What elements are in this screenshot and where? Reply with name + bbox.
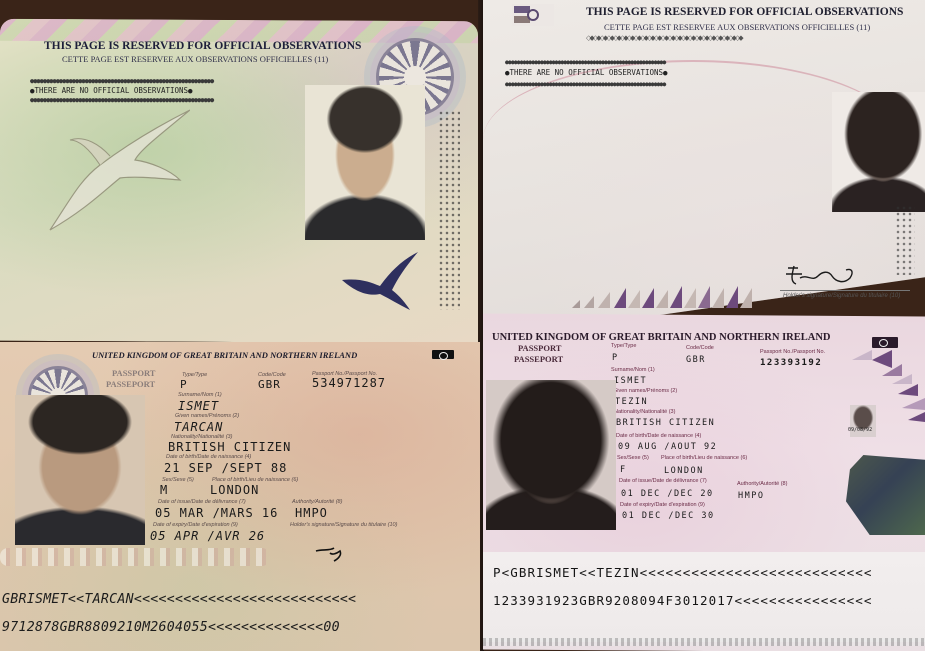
left-signature-label: Holder's signature/Signature du titulair… <box>290 522 397 528</box>
right-mrz-line-2: 1233931923GBR9208094F3012017<<<<<<<<<<<<… <box>493 593 873 608</box>
seabird-icon <box>40 90 190 240</box>
right-given-names-label: Given names/Prénoms (2) <box>613 388 677 394</box>
laser-perforated-number <box>438 110 460 310</box>
left-given-names-label: Given names/Prénoms (2) <box>175 413 239 419</box>
left-mrz-line-2: 9712878GBR8809210M2604055<<<<<<<<<<<<<<0… <box>2 620 340 635</box>
guilloche-pattern <box>0 548 270 566</box>
left-surname-label: Surname/Nom (1) <box>178 392 222 398</box>
right-type-label: Type/Type <box>611 343 636 349</box>
left-dob-label: Date of birth/Date de naissance (4) <box>166 454 251 460</box>
right-expiry-label: Date of expiry/Date d'expiration (9) <box>620 502 705 508</box>
triangle-pattern-column <box>852 350 925 425</box>
right-holder-signature <box>782 262 862 290</box>
right-dob-value: 09 AUG /AOUT 92 <box>618 442 717 452</box>
left-mrz-line-1: GBRISMET<<TARCAN<<<<<<<<<<<<<<<<<<<<<<<<… <box>2 592 356 607</box>
signature-line <box>780 290 910 291</box>
ghost-holder-photo <box>305 85 425 240</box>
left-given-names-value: TARCAN <box>174 420 223 434</box>
left-authority-value: HMPO <box>295 506 328 520</box>
right-nationality-label: Nationality/Nationalité (3) <box>614 409 675 415</box>
right-sex-value: F <box>620 465 627 475</box>
left-obs-dots-top: ●●●●●●●●●●●●●●●●●●●●●●●●●●●●●●●●●●●●●●●●… <box>30 77 288 85</box>
left-holder-photo <box>15 395 145 545</box>
right-signature-label: Holder's signature/Signature du titulair… <box>783 293 900 299</box>
left-authority-label: Authority/Autorité (8) <box>292 499 342 505</box>
left-country-banner: UNITED KINGDOM OF GREAT BRITAIN AND NORT… <box>92 350 357 360</box>
right-passport-no-label: Passport No./Passport No. <box>760 349 825 355</box>
left-pob-value: LONDON <box>210 483 259 497</box>
right-sex-label: Sex/Sexe (5) <box>617 455 649 461</box>
biometric-chip-icon <box>432 350 454 359</box>
right-pob-label: Place of birth/Lieu de naissance (6) <box>661 455 747 461</box>
left-dob-value: 21 SEP /SEPT 88 <box>164 461 287 475</box>
triangle-pattern-row <box>568 284 768 310</box>
right-country-banner: UNITED KINGDOM OF GREAT BRITAIN AND NORT… <box>492 332 831 343</box>
left-sex-value: M <box>160 483 168 497</box>
left-doc-label-fr: PASSEPORT <box>106 379 155 389</box>
diamond-border-row: ◇◆◇◆◇◆◇◆◇◆◇◆◇◆◇◆◇◆◇◆◇◆◇◆◇◆◇◆◇◆◇◆◇◆◇◆◇◆◇◆… <box>586 34 891 42</box>
left-obs-title: THIS PAGE IS RESERVED FOR OFFICIAL OBSER… <box>44 40 361 52</box>
right-obs-subtitle: CETTE PAGE EST RESERVEE AUX OBSERVATIONS… <box>604 22 870 32</box>
right-mrz-line-1: P<GBRISMET<<TEZIN<<<<<<<<<<<<<<<<<<<<<<<… <box>493 565 873 580</box>
left-surname-value: ISMET <box>178 399 219 413</box>
right-holder-photo <box>486 380 616 530</box>
page-logo-icon <box>512 4 554 26</box>
right-obs-dots-bottom: ●●●●●●●●●●●●●●●●●●●●●●●●●●●●●●●●●●●●●●●●… <box>505 80 777 88</box>
biometric-chip-icon <box>872 337 898 348</box>
right-dob-label: Date of birth/Date de naissance (4) <box>616 433 701 439</box>
right-pob-value: LONDON <box>664 466 704 476</box>
right-type-value: P <box>612 353 619 363</box>
right-passport-no-value: 123393192 <box>760 358 822 368</box>
right-doc-label-fr: PASSEPORT <box>514 354 563 364</box>
laser-perforated-number <box>895 205 915 275</box>
right-code-label: Code/Code <box>686 345 714 351</box>
right-given-names-value: TEZIN <box>615 397 648 407</box>
right-expiry-value: 01 DEC /DEC 30 <box>622 511 715 521</box>
left-holder-signature <box>312 543 352 563</box>
right-obs-title: THIS PAGE IS RESERVED FOR OFFICIAL OBSER… <box>586 6 903 18</box>
right-obs-dots-top: ●●●●●●●●●●●●●●●●●●●●●●●●●●●●●●●●●●●●●●●●… <box>505 58 777 66</box>
right-obs-text: ●THERE ARE NO OFFICIAL OBSERVATIONS● <box>505 68 668 77</box>
left-doc-label-en: PASSPORT <box>112 368 155 378</box>
right-code-value: GBR <box>686 355 706 365</box>
left-passport-no-value: 534971287 <box>312 376 386 390</box>
right-surname-label: Surname/Nom (1) <box>611 367 655 373</box>
left-nationality-value: BRITISH CITIZEN <box>168 440 291 454</box>
left-type-value: P <box>180 378 188 391</box>
right-nationality-value: BRITISH CITIZEN <box>616 418 715 428</box>
secondary-photo-date: 09/08/92 <box>848 427 872 433</box>
right-issue-label: Date of issue/Date de délivrance (7) <box>619 478 707 484</box>
left-expiry-value: 05 APR /AVR 26 <box>150 529 265 543</box>
right-authority-value: HMPO <box>738 491 764 501</box>
left-issue-value: 05 MAR /MARS 16 <box>155 506 278 520</box>
right-authority-label: Authority/Autorité (8) <box>737 481 787 487</box>
left-expiry-label: Date of expiry/Date d'expiration (9) <box>153 522 238 528</box>
left-issue-label: Date of issue/Date de délivrance (7) <box>158 499 246 505</box>
left-obs-subtitle: CETTE PAGE EST RESERVEE AUX OBSERVATIONS… <box>62 54 328 64</box>
right-ghost-holder-photo <box>832 92 925 212</box>
left-code-value: GBR <box>258 378 281 391</box>
page-edge-pattern <box>483 638 925 646</box>
swallow-icon <box>340 250 420 310</box>
right-doc-label-en: PASSPORT <box>518 343 561 353</box>
right-surname-value: ISMET <box>614 376 647 386</box>
right-issue-value: 01 DEC /DEC 20 <box>621 489 714 499</box>
